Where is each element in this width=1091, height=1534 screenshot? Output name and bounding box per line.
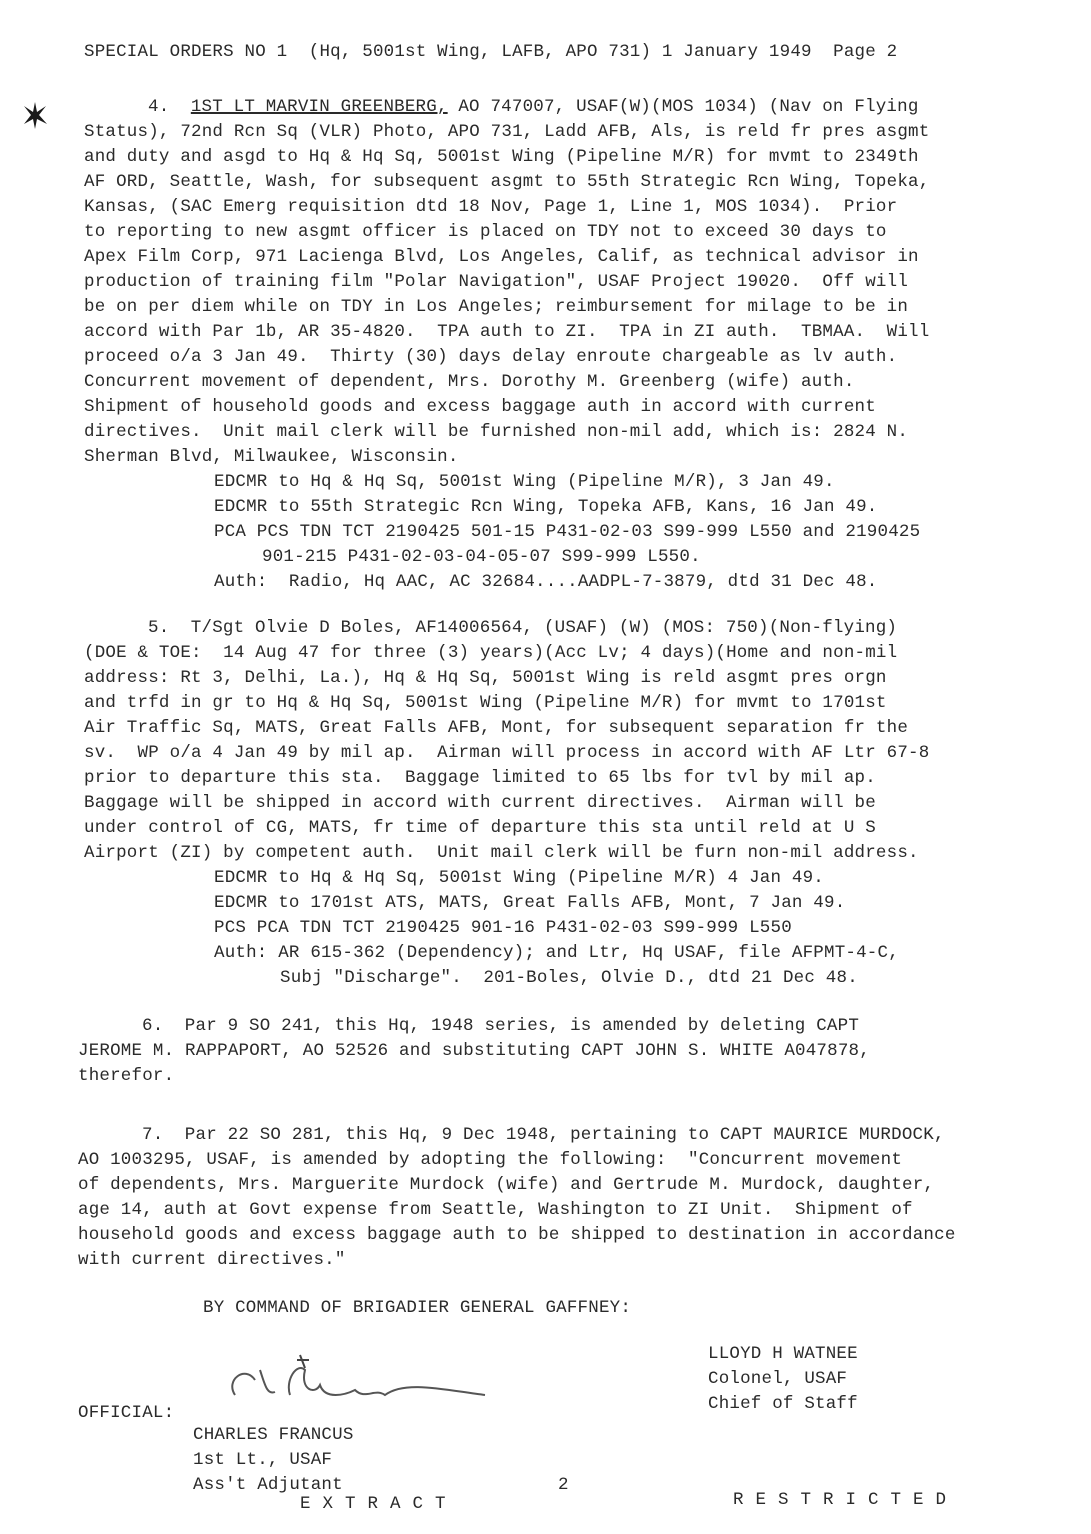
paragraph-5-line: sv. WP o/a 4 Jan 49 by mil ap. Airman wi… — [84, 743, 929, 763]
margin-asterisk-mark-icon — [22, 100, 48, 130]
restricted-stamp: RESTRICTED — [733, 1490, 958, 1510]
page-number: 2 — [558, 1475, 569, 1495]
official-title: Ass't Adjutant — [193, 1475, 343, 1495]
paragraph-4-line: PCA PCS TDN TCT 2190425 501-15 P431-02-0… — [214, 522, 920, 542]
paragraph-number: 4. — [148, 97, 191, 117]
paragraph-7-line: AO 1003295, USAF, is amended by adopting… — [78, 1150, 902, 1170]
paragraph-7-line: household goods and excess baggage auth … — [78, 1225, 956, 1245]
paragraph-7-line: with current directives." — [78, 1250, 346, 1270]
line-text: AO 747007, USAF(W)(MOS 1034) (Nav on Fly… — [448, 97, 919, 117]
chief-of-staff-rank: Colonel, USAF — [708, 1369, 847, 1389]
official-rank: 1st Lt., USAF — [193, 1450, 332, 1470]
paragraph-5-line: (DOE & TOE: 14 Aug 47 for three (3) year… — [84, 643, 897, 663]
paragraph-5-line: prior to departure this sta. Baggage lim… — [84, 768, 876, 788]
paragraph-5-line: under control of CG, MATS, fr time of de… — [84, 818, 876, 838]
by-command-line: BY COMMAND OF BRIGADIER GENERAL GAFFNEY: — [203, 1298, 631, 1318]
paragraph-4-line: 901-215 P431-02-03-04-05-07 S99-999 L550… — [262, 547, 701, 567]
official-name: CHARLES FRANCUS — [193, 1425, 354, 1445]
paragraph-4-line: Concurrent movement of dependent, Mrs. D… — [84, 372, 855, 392]
document-header: SPECIAL ORDERS NO 1 (Hq, 5001st Wing, LA… — [84, 42, 897, 62]
paragraph-4-line: proceed o/a 3 Jan 49. Thirty (30) days d… — [84, 347, 897, 367]
paragraph-4-line: and duty and asgd to Hq & Hq Sq, 5001st … — [84, 147, 919, 167]
paragraph-7-line: 7. Par 22 SO 281, this Hq, 9 Dec 1948, p… — [142, 1125, 945, 1145]
paragraph-5-line: EDCMR to 1701st ATS, MATS, Great Falls A… — [214, 893, 845, 913]
paragraph-4-line: 4. 1ST LT MARVIN GREENBERG, AO 747007, U… — [148, 97, 919, 117]
paragraph-4-line: production of training film "Polar Navig… — [84, 272, 908, 292]
paragraph-6-line: therefor. — [78, 1066, 174, 1086]
paragraph-4-line: accord with Par 1b, AR 35-4820. TPA auth… — [84, 322, 929, 342]
paragraph-4-line: be on per diem while on TDY in Los Angel… — [84, 297, 908, 317]
paragraph-4-line: Sherman Blvd, Milwaukee, Wisconsin. — [84, 447, 459, 467]
underlined-officer-name: 1ST LT MARVIN GREENBERG, — [191, 97, 448, 117]
chief-of-staff-name: LLOYD H WATNEE — [708, 1344, 858, 1364]
paragraph-4-line: EDCMR to 55th Strategic Rcn Wing, Topeka… — [214, 497, 878, 517]
handwritten-signature-icon — [205, 1340, 495, 1420]
document-page: SPECIAL ORDERS NO 1 (Hq, 5001st Wing, LA… — [0, 0, 1091, 1534]
paragraph-6-line: 6. Par 9 SO 241, this Hq, 1948 series, i… — [142, 1016, 859, 1036]
paragraph-6-line: JEROME M. RAPPAPORT, AO 52526 and substi… — [78, 1041, 870, 1061]
paragraph-5-line: PCS PCA TDN TCT 2190425 901-16 P431-02-0… — [214, 918, 792, 938]
paragraph-4-line: Auth: Radio, Hq AAC, AC 32684....AADPL-7… — [214, 572, 878, 592]
paragraph-4-line: Apex Film Corp, 971 Lacienga Blvd, Los A… — [84, 247, 919, 267]
paragraph-5-line: Baggage will be shipped in accord with c… — [84, 793, 876, 813]
paragraph-7-line: of dependents, Mrs. Marguerite Murdock (… — [78, 1175, 934, 1195]
paragraph-5-line: 5. T/Sgt Olvie D Boles, AF14006564, (USA… — [148, 618, 897, 638]
paragraph-4-line: Shipment of household goods and excess b… — [84, 397, 876, 417]
paragraph-5-line: Subj "Discharge". 201-Boles, Olvie D., d… — [280, 968, 858, 988]
paragraph-4-line: Status), 72nd Rcn Sq (VLR) Photo, APO 73… — [84, 122, 929, 142]
paragraph-7-line: age 14, auth at Govt expense from Seattl… — [78, 1200, 913, 1220]
paragraph-4-line: AF ORD, Seattle, Wash, for subsequent as… — [84, 172, 929, 192]
paragraph-4-line: to reporting to new asgmt officer is pla… — [84, 222, 887, 242]
paragraph-5-line: Airport (ZI) by competent auth. Unit mai… — [84, 843, 919, 863]
official-label: OFFICIAL: — [78, 1403, 174, 1423]
paragraph-5-line: EDCMR to Hq & Hq Sq, 5001st Wing (Pipeli… — [214, 868, 824, 888]
paragraph-4-line: Kansas, (SAC Emerg requisition dtd 18 No… — [84, 197, 897, 217]
paragraph-5-line: and trfd in gr to Hq & Hq Sq, 5001st Win… — [84, 693, 887, 713]
paragraph-4-line: directives. Unit mail clerk will be furn… — [84, 422, 908, 442]
paragraph-5-line: Auth: AR 615-362 (Dependency); and Ltr, … — [214, 943, 899, 963]
paragraph-5-line: address: Rt 3, Delhi, La.), Hq & Hq Sq, … — [84, 668, 887, 688]
paragraph-5-line: Air Traffic Sq, MATS, Great Falls AFB, M… — [84, 718, 908, 738]
paragraph-4-line: EDCMR to Hq & Hq Sq, 5001st Wing (Pipeli… — [214, 472, 835, 492]
extract-stamp: EXTRACT — [300, 1494, 458, 1514]
chief-of-staff-title: Chief of Staff — [708, 1394, 858, 1414]
